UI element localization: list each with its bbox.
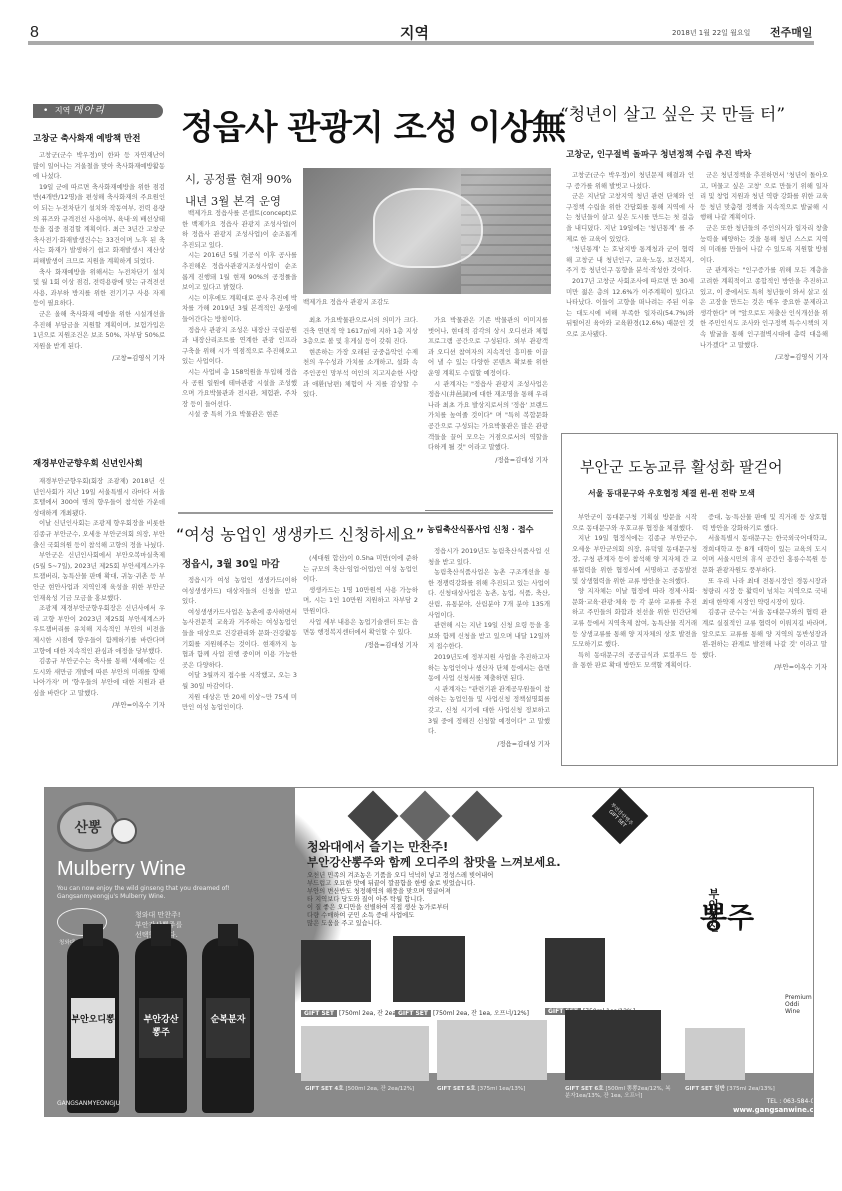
article-body: 재경부안군향우회(회장 조광제) 2018년 신년인사회가 지난 19일 서울특…	[33, 476, 165, 764]
gift-set-label: GIFT SET 6호[500ml 뽕뽕2ea/12%, 복분자1ea/13%,…	[565, 1086, 675, 1100]
paragraph: 양 지자체는 이날 협정에 따라 경제·사회·문화·교육·관광·체육 등 각 분…	[572, 586, 697, 650]
byline: /고창=김영식 기자	[700, 352, 828, 363]
byline: /정읍=김대성 기자	[303, 640, 418, 651]
section-divider	[178, 512, 553, 514]
bottle-label: 부안강산 뽕주	[139, 998, 183, 1058]
ad-body-line: 이 질 좋은 오디만을 선별하여 직접 생산 농가로부터	[307, 904, 567, 912]
paragraph: 축사 화재예방을 위해서는 누전차단기 설치 및 월 1회 이상 점검, 전력용…	[33, 267, 165, 309]
wine-bottle: 부안강산 뽕주	[135, 938, 187, 1113]
paragraph: 또 우리 나라 최대 전통시장인 경동시장과 청량리 시장 등 활력이 넘치는 …	[702, 576, 827, 608]
article-title: “여성 농업인 생생카드 신청하세요”	[176, 522, 424, 545]
article-body: 고창군(군수 박우정)이 한파 등 자연재난이 많이 일어나는 겨울철을 맞아 …	[33, 150, 165, 432]
paragraph: 지원 대상은 만 20세 이상~만 75세 미만인 여성 농업인이다.	[182, 692, 297, 713]
gift-set-desc: [375ml 2ea/13%]	[727, 1086, 775, 1092]
section-title: 지역	[400, 22, 429, 43]
paragraph: 부안군은 신년인사회에서 부안오복마실축제(5월 5~7일), 2023년 제2…	[33, 550, 165, 603]
blurb-line: 청와대 만찬주!	[135, 910, 182, 920]
paragraph: 여성생생카드사업은 농촌에 종사하면서 농사전문적 교육과 거주하는 여성농업인…	[182, 607, 297, 671]
paragraph: 사업 세부 내용은 농업기술센터 또는 읍면동 행정복지센터에서 확인할 수 있…	[303, 617, 418, 638]
gift-set-product	[685, 1028, 745, 1080]
brand-logo: 산뽕	[57, 802, 119, 852]
article-title: 고창군 축사화재 예방책 만전	[33, 132, 140, 144]
mulberry-photo	[400, 791, 451, 842]
article-body: 정읍시가 2019년도 농림축산식품사업 신청을 받고 있다. 농림축산식품사업…	[428, 546, 550, 766]
gift-set-tag: GIFT SET 4호	[305, 1086, 344, 1092]
paragraph: 김종규 군수는 '서울 동대문구와의 협력 관계로 실질적인 교류 협력이 이뤄…	[702, 607, 827, 660]
byline: /부안=이옥수 기자	[33, 700, 165, 711]
paragraph: 고창군(군수 박우정)이 청년문제 해결과 인구 증가를 위해 발벗고 나섰다.	[566, 170, 694, 191]
article-body: 백제가요 정읍사를 콘셉트(concept)로 한 백제가요 정읍사 관광지 조…	[182, 208, 297, 508]
paragraph: 재경부안군향우회(회장 조광제) 2018년 신년인사회가 지난 19일 서울특…	[33, 476, 165, 518]
gift-set-badge: 부안강산명주 GIFT SET	[592, 788, 649, 845]
gift-set-label: GIFT SET 5호[375ml 1ea/13%]	[437, 1086, 525, 1093]
phone-number: TEL : 063-584-0900	[733, 1098, 814, 1106]
gift-set-product	[437, 1020, 547, 1080]
gift-set-product	[393, 936, 465, 1002]
article-body: 정읍시가 여성 농업인 생생카드(이하 여성생생카드) 대상자들의 신청을 받고…	[182, 575, 297, 765]
article-title: 농림축산식품사업 신청 · 접수	[427, 524, 534, 535]
article-subtitle: 정읍시, 3월 30일 마감	[182, 556, 280, 570]
paragraph: 군은 지난달 고창지역 청년 관련 단체와 인구정책 수립을 위한 간담회를 통…	[566, 191, 694, 244]
ad-brand-calligraphy: 뽕주	[700, 903, 754, 933]
paragraph: 이날 신년인사회는 조광제 향우회장을 비롯한 김종규 부안군수, 오세웅 부안…	[33, 518, 165, 550]
article-body: 최초 가요박물관으로서의 의미가 크다. 건축 연면적 약 1617㎡에 지하 …	[303, 315, 418, 508]
wine-bottle: 부안오디뽕	[67, 938, 119, 1113]
paragraph: 정읍시가 2019년도 농림축산식품사업 신청을 받고 있다.	[428, 546, 550, 567]
gift-set-product	[565, 1010, 661, 1080]
byline: /고창=김영식 기자	[33, 353, 165, 364]
gift-set-label: GIFT SET 일반[375ml 2ea/13%]	[685, 1086, 775, 1093]
gift-set-tag: GIFT SET 5호	[437, 1086, 476, 1092]
paragraph: 2017년 고창군 사회조사에 따르면 만 30세 미만 젊은 층의 12.6%…	[566, 276, 694, 340]
gift-set-product	[545, 938, 605, 1002]
premium-label: Premium Oddi Wine	[785, 994, 813, 1015]
mulberry-photo	[348, 791, 399, 842]
gift-set-product	[301, 1026, 429, 1081]
ad-body-line: 부안의 변산반도 청정해역의 해풍을 맞으며 영글어져	[307, 888, 567, 896]
article-body: (세대원 합산)이 0.5ha 미만(이에 준하는 규모의 축산·임업·어업)인…	[303, 553, 418, 765]
paragraph: 2019년도에 정부지원 사업을 추진하고자 하는 농업인이나 생산자 단체 등…	[428, 652, 550, 684]
paragraph: 관련해 시는 지난 19일 신청 요령 등을 홍보와 함께 신청을 받고 있으며…	[428, 620, 550, 652]
mulberry-photo	[452, 791, 503, 842]
paragraph: 군은 올해 축사화재 예방을 위한 시설개선을 추진해 부담금을 지원할 계획이…	[33, 309, 165, 351]
article-body: 부안군이 동대문구청 기획실 방문을 시작으로 동대문구와 우호교류 협정을 체…	[572, 512, 697, 762]
column-tag: • 지역 메아리	[33, 104, 163, 118]
header-rule	[28, 41, 814, 45]
aerial-photo	[303, 168, 551, 294]
main-subheadline: 시, 공정률 현재 90% 내년 3월 본격 운영	[185, 168, 292, 212]
article-subtitle: 고창군, 인구절벽 돌파구 청년정책 수립 추진 박차	[566, 148, 751, 160]
column-tag-prefix: 지역	[55, 106, 70, 115]
paragraph: 서울특별시 동대문구는 한국외국어대학교, 경희대학교 등 8개 대학이 있는 …	[702, 533, 827, 575]
paragraph: 시 관계자는 "관련기관 관계공무원들이 참여하는 농업인들 및 사업신청 정책…	[428, 684, 550, 737]
ad-body-line: 타 지역보다 당도와 질이 아주 탁월 합니다.	[307, 896, 567, 904]
article-title: “청년이 살고 싶은 곳 만들 터”	[560, 100, 785, 125]
paragraph: 김종규 부안군수는 축사를 통해 '새해에는 신도시와 새만금 개발에 따른 부…	[33, 656, 165, 698]
column-tag-title: 메아리	[73, 105, 105, 116]
paragraph: 군 관계자는 "인구증가를 위해 모든 계층을 고려한 계획적이고 종합적인 방…	[700, 265, 828, 350]
issue-date: 2018년 1월 22일 월요일	[672, 28, 750, 38]
article-body: 가요 박물관은 기존 박물관의 이미지를 벗어나, 현대적 감각의 상시 오디션…	[428, 315, 548, 508]
paragraph: 시 관계자는 "정읍사 관광지 조성사업은 정읍시(井邑詞)에 대한 재조명을 …	[428, 379, 548, 453]
mascot-icon	[111, 818, 137, 844]
paragraph: 이달 3월까지 접수를 시작했고, 오는 3월 30일 마감이다.	[182, 670, 297, 691]
paragraph: 정읍시가 여성 농업인 생생카드(이하 여성생생카드) 대상자들의 신청을 받고…	[182, 575, 297, 607]
gift-set-desc: [750ml 2ea, 잔 1ea, 오프너/12%]	[433, 1010, 529, 1017]
premium-line: Premium	[785, 994, 813, 1001]
brand-subtitle: You can now enjoy the wild ginseng that …	[57, 885, 287, 901]
paragraph: 생생카드는 1명 10만원씩 사용 가능하며, 시는 1인 10만원 지원하고 …	[303, 585, 418, 617]
article-body: 증대, 농·특산물 판매 및 직거래 등 상호협력 방안을 강화하기로 했다. …	[702, 512, 827, 762]
brand-title: Mulberry Wine	[57, 858, 186, 881]
gift-set-label: GIFT SET[750ml 2ea, 잔 1ea, 오프너/12%]	[395, 1008, 529, 1017]
paragraph: 현존하는 가장 오래된 궁중음악인 수제천의 우수성과 가치를 소개하고, 설화…	[303, 347, 418, 400]
bullet-icon: •	[43, 106, 48, 116]
ad-headline: 부안강산뽕주와 함께 오디주의 참맛을 느껴보세요.	[307, 854, 561, 870]
brand-subtitle-line: You can now enjoy the wild ginseng that …	[57, 885, 287, 893]
byline: /부안=이옥수 기자	[702, 662, 827, 673]
ad-contact: TEL : 063-584-0900 www.gangsanwine.com	[733, 1098, 814, 1115]
paragraph: 고창군(군수 박우정)이 한파 등 자연재난이 많이 일어나는 겨울철을 맞아 …	[33, 150, 165, 182]
paragraph: 지난 19일 협정식에는 김종규 부안군수, 오세웅 부안군의회 의장, 유덕열…	[572, 533, 697, 586]
mulberry-wine-advertisement: 산뽕 Mulberry Wine You can now enjoy the w…	[44, 787, 814, 1117]
ad-body-line: 오천년 민족의 겨조농은 기품을 오디 넉넉히 넣고 정성스레 빚어내어	[307, 872, 567, 880]
brand-subtitle-line: Gangsanmyeongju's Mulberry Wine.	[57, 893, 287, 901]
gift-set-label: GIFT SET 4호[500ml 2ea, 잔 2ea/12%]	[305, 1086, 414, 1093]
ad-body-line: 많은 도움을 주고 있습니다.	[307, 920, 567, 928]
gift-set-tag: GIFT SET	[395, 1010, 431, 1017]
paragraph: 군은 청년정책을 추진하면서 '청년이 돌아오고, 머물고 싶은 고창' 으로 …	[700, 170, 828, 223]
paragraph: 조광제 재경부안군향우회장은 신년사에서 우리 고향 부안이 2023년 제25…	[33, 603, 165, 656]
paragraph: 농림축산식품사업은 농촌 구조개선을 통한 경쟁력강화를 위해 추진되고 있는 …	[428, 567, 550, 620]
paragraph: 시는 이후에도 계획대로 공사 추진에 박차를 가해 2019년 3월 본격적인…	[182, 293, 297, 325]
bottle-label: 순복분자	[206, 998, 250, 1058]
subheadline-line: 시, 공정률 현재 90%	[185, 168, 292, 190]
paragraph: 특히 동대문구의 공공급식과 로컬푸드 등을 통한 판로 확대 방안도 모색할 …	[572, 650, 697, 671]
ad-body: 오천년 민족의 겨조농은 기품을 오디 넉넉히 넣고 정성스레 빚어내어 부드럽…	[307, 872, 567, 928]
paragraph: (세대원 합산)이 0.5ha 미만(이에 준하는 규모의 축산·임업·어업)인…	[303, 553, 418, 585]
ad-body-line: 다량 수매하여 군민 소득 증대 사업에도	[307, 912, 567, 920]
page-number: 8	[30, 24, 39, 42]
article-title: 재경부안군향우회 신년인사회	[33, 457, 143, 469]
paragraph: 증대, 농·특산물 판매 및 직거래 등 상호협력 방안을 강화하기로 했다.	[702, 512, 827, 533]
gift-set-tag: GIFT SET 일반	[685, 1086, 725, 1092]
article-title: 부안군 도농교류 활성화 팔걷어	[580, 456, 783, 477]
ad-headline: 청와대에서 즐기는 만찬주!	[307, 838, 448, 855]
paragraph: 정읍사 관광지 조성은 내장산 국립공원과 내장산리조트를 연계한 관광 인프라…	[182, 325, 297, 367]
gift-set-product	[301, 940, 371, 1002]
photo-caption: 백제가요 정읍사 관광지 조감도	[303, 297, 389, 306]
paragraph: 군은 또한 청년들의 주인의식과 일자리 창출 능력을 배양하는 것을 통해 청…	[700, 223, 828, 265]
website-url: www.gangsanwine.com	[733, 1106, 814, 1114]
wine-bottle: 순복분자	[202, 938, 254, 1113]
paragraph: 시는 2016년 5월 기공식 이후 공사를 추진해온 정읍사관광지조성사업이 …	[182, 250, 297, 292]
main-headline: 정읍사 관광지 조성 이상無	[181, 100, 565, 149]
gift-set-desc: [500ml 2ea, 잔 2ea/12%]	[346, 1086, 415, 1092]
paragraph: 19일 군에 따르면 축사화재예방을 위한 점검반(4개반/12명)을 편성해 …	[33, 182, 165, 267]
byline: /정읍=김대성 기자	[428, 739, 550, 750]
paragraph: 시는 사업비 총 158억원을 투입해 정읍사 공원 일원에 테마관광 시설을 …	[182, 367, 297, 409]
gift-set-desc: [375ml 1ea/13%]	[478, 1086, 526, 1092]
photo-site-outline	[373, 188, 483, 268]
ad-body-line: 부드럽고 오묘한 맛에 뒤끝이 깔끔함을 한병 술로 빚었습니다.	[307, 880, 567, 888]
paragraph: 부안군이 동대문구청 기획실 방문을 시작으로 동대문구와 우호교류 협정을 체…	[572, 512, 697, 533]
paragraph: 시설 중 특히 가요 박물관은 현존	[182, 409, 297, 420]
gift-set-tag: GIFT SET	[301, 1010, 337, 1017]
gift-set-tag: GIFT SET 6호	[565, 1086, 604, 1092]
premium-line: Oddi Wine	[785, 1001, 813, 1015]
paragraph: 백제가요 정읍사를 콘셉트(concept)로 한 백제가요 정읍사 관광지 조…	[182, 208, 297, 250]
bottle-label: 부안오디뽕	[71, 998, 115, 1058]
paragraph: 최초 가요박물관으로서의 의미가 크다. 건축 연면적 약 1617㎡에 지하 …	[303, 315, 418, 347]
article-subtitle: 서울 동대문구와 우호협정 체결 윈-윈 전략 모색	[588, 488, 755, 499]
article-body: 군은 청년정책을 추진하면서 '청년이 돌아오고, 머물고 싶은 고창' 으로 …	[700, 170, 828, 400]
brand-footer: GANGSANMYEONGJU	[57, 1100, 120, 1107]
paragraph: 가요 박물관은 기존 박물관의 이미지를 벗어나, 현대적 감각의 상시 오디션…	[428, 315, 548, 379]
newspaper-name: 전주매일	[770, 24, 813, 40]
section-divider	[425, 510, 553, 511]
article-body: 고창군(군수 박우정)이 청년문제 해결과 인구 증가를 위해 발벗고 나섰다.…	[566, 170, 694, 400]
byline: /정읍=김대성 기자	[428, 455, 548, 466]
paragraph: '청년통계' 는 호남지방 통계청과 군이 협력해 고창군 내 청년인구, 교육…	[566, 244, 694, 276]
